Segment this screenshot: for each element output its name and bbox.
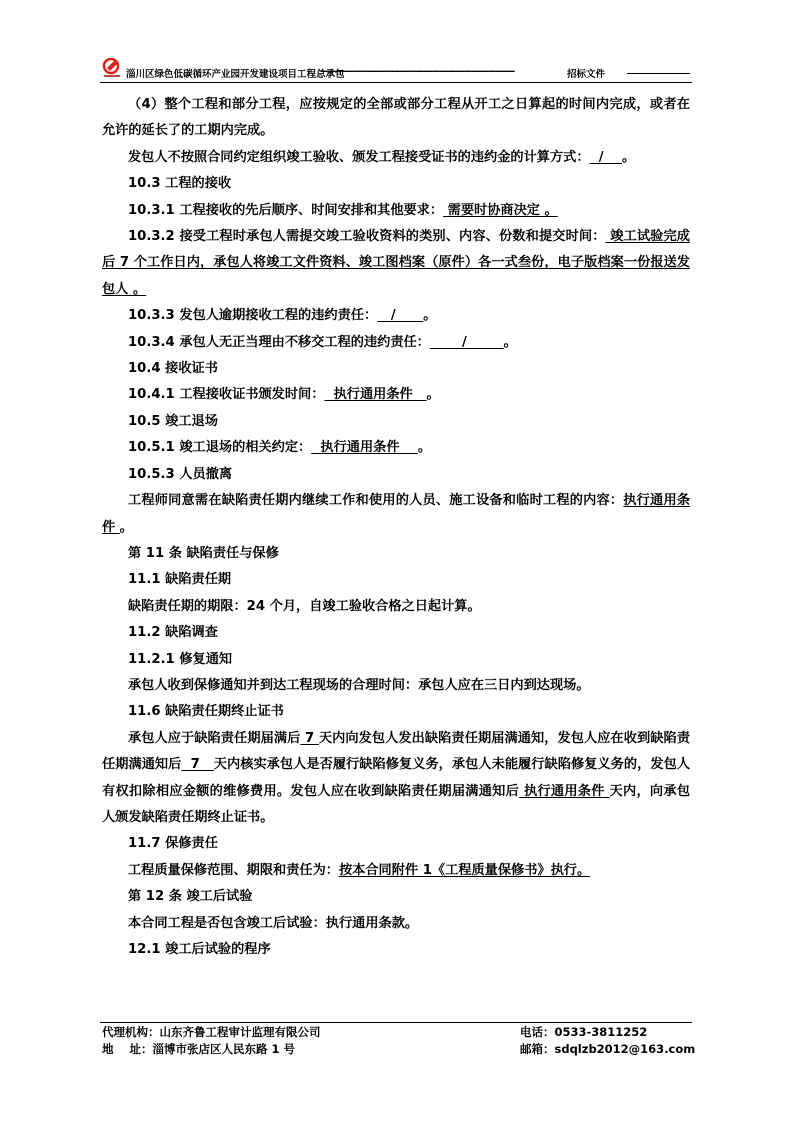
page-header: 淄川区绿色低碳循环产业园开发建设项目工程总承包 ----------------… [100,58,692,82]
clause-10-4-1: 10.4.1 工程接收证书颁发时间： 执行通用条件 。 [102,382,690,408]
article-heading-11: 第 11 条 缺陷责任与保修 [102,541,690,567]
clause-10-3-4: 10.3.4 承包人无正当理由不移交工程的违约责任： / 。 [102,330,690,356]
footer-address: 地 址：淄博市张店区人民东路 1 号 [102,1041,295,1058]
clause-10-3-3: 10.3.3 发包人逾期接收工程的违约责任： / 。 [102,303,690,329]
section-heading-11-7: 11.7 保修责任 [102,831,690,857]
document-type: 招标文件 [567,66,605,80]
section-heading-11-6: 11.6 缺陷责任期终止证书 [102,699,690,725]
footer-phone: 电话：0533-3811252 [520,1024,647,1041]
footer-divider [100,1022,692,1023]
clause-11-6-text: 承包人应于缺陷责任期届满后 7 天内向发包人发出缺陷责任期届满通知，发包人应在收… [102,726,690,832]
header-short-rule [627,73,690,74]
clause-heading-10-5-3: 10.5.3 人员撤离 [102,462,690,488]
clause-10-3-2: 10.3.2 接受工程时承包人需提交竣工验收资料的类别、内容、份数和提交时间： … [102,224,690,303]
fill-blank: 7 [300,731,319,746]
header-dash-leader: ----------------------------------------… [320,66,565,77]
article-heading-12: 第 12 条 竣工后试验 [102,884,690,910]
section-heading-11-2: 11.2 缺陷调查 [102,620,690,646]
clause-heading-11-2-1: 11.2.1 修复通知 [102,647,690,673]
clause-11-7-text: 工程质量保修范围、期限和责任为：按本合同附件 1《工程质量保修书》执行。 [102,858,690,884]
document-body: （4）整个工程和部分工程，应按规定的全部或部分工程从开工之日算起的时间内完成，或… [102,92,690,963]
clause-11-1-text: 缺陷责任期的期限：24 个月，自竣工验收合格之日起计算。 [102,594,690,620]
fill-blank: 需要时协商决定 。 [443,203,558,218]
fill-blank: / [377,308,423,323]
fill-blank: 7 [181,757,213,772]
fill-blank: 执行通用条件 [311,440,418,455]
clause-11-2-1-text: 承包人收到保修通知并到达工程现场的合理时间：承包人应在三日内到达现场。 [102,673,690,699]
footer-email: 邮箱：sdqlzb2012@163.com [520,1041,695,1058]
fill-blank: 执行通用条件 [324,387,426,402]
header-divider [100,82,692,83]
section-heading-10-4: 10.4 接收证书 [102,356,690,382]
clause-10-5-1: 10.5.1 竣工退场的相关约定： 执行通用条件 。 [102,435,690,461]
project-title: 淄川区绿色低碳循环产业园开发建设项目工程总承包 [126,66,345,80]
paragraph-completion: （4）整个工程和部分工程，应按规定的全部或部分工程从开工之日算起的时间内完成，或… [102,92,690,145]
fill-blank: 按本合同附件 1《工程质量保修书》执行。 [339,863,590,878]
footer-agency: 代理机构：山东齐鲁工程审计监理有限公司 [102,1024,321,1041]
fill-blank: / [590,150,622,165]
section-heading-12-1: 12.1 竣工后试验的程序 [102,937,690,963]
clause-10-5-3-text: 工程师同意需在缺陷责任期内继续工作和使用的人员、施工设备和临时工程的内容：执行通… [102,488,690,541]
fill-blank: 执行通用条件 [519,784,609,799]
company-logo-icon [102,58,122,80]
article-12-text: 本合同工程是否包含竣工后试验：执行通用条款。 [102,911,690,937]
section-heading-10-3: 10.3 工程的接收 [102,171,690,197]
section-heading-10-5: 10.5 竣工退场 [102,409,690,435]
paragraph-penalty: 发包人不按照合同约定组织竣工验收、颁发工程接受证书的违约金的计算方式： / 。 [102,145,690,171]
section-heading-11-1: 11.1 缺陷责任期 [102,567,690,593]
fill-blank: / [430,335,504,350]
clause-10-3-1: 10.3.1 工程接收的先后顺序、时间安排和其他要求： 需要时协商决定 。 [102,198,690,224]
